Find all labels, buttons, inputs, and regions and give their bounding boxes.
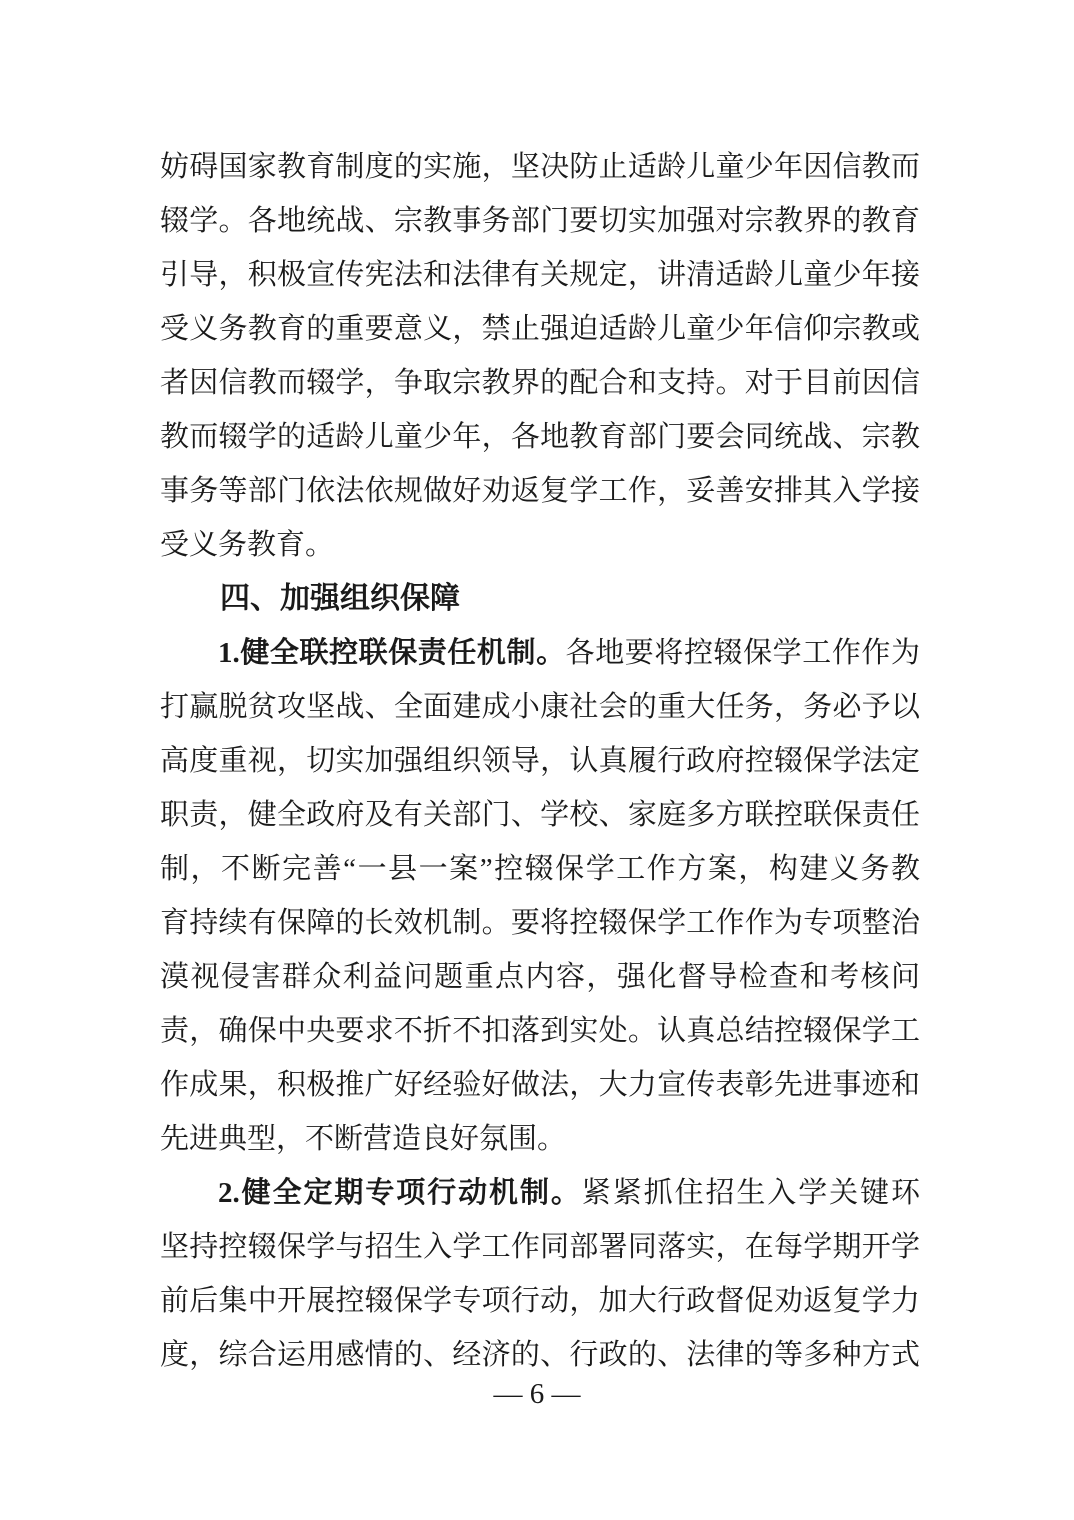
body-line: 坚持控辍保学与招生入学工作同部署同落实，在每学期开学: [160, 1220, 920, 1274]
paragraph-religion: 妨碍国家教育制度的实施，坚决防止适龄儿童少年因信教而 辍学。各地统战、宗教事务部…: [160, 140, 920, 572]
section-heading: 四、加强组织保障: [160, 572, 920, 626]
body-line: 先进典型，不断营造良好氛围。: [160, 1112, 920, 1166]
body-line-first: 1.健全联控联保责任机制。各地要将控辍保学工作作为: [160, 626, 920, 680]
text-block: 妨碍国家教育制度的实施，坚决防止适龄儿童少年因信教而 辍学。各地统战、宗教事务部…: [160, 140, 920, 1382]
body-line: 作成果，积极推广好经验好做法，大力宣传表彰先进事迹和: [160, 1058, 920, 1112]
body-line: 育持续有保障的长效机制。要将控辍保学工作作为专项整治: [160, 896, 920, 950]
body-line: 者因信教而辍学，争取宗教界的配合和支持。对于目前因信: [160, 356, 920, 410]
body-line: 责，确保中央要求不折不扣落到实处。认真总结控辍保学工: [160, 1004, 920, 1058]
paragraph-lead-bold: 1.健全联控联保责任机制。: [218, 637, 566, 669]
page-number-footer: — 6 —: [0, 1374, 1074, 1414]
body-line: 教而辍学的适龄儿童少年，各地教育部门要会同统战、宗教: [160, 410, 920, 464]
body-line: 辍学。各地统战、宗教事务部门要切实加强对宗教界的教育: [160, 194, 920, 248]
body-line: 引导，积极宣传宪法和法律有关规定，讲清适龄儿童少年接: [160, 248, 920, 302]
body-line: 高度重视，切实加强组织领导，认真履行政府控辍保学法定: [160, 734, 920, 788]
body-line-first: 2.健全定期专项行动机制。紧紧抓住招生入学关键环节，: [160, 1166, 920, 1220]
paragraph-mechanism2: 2.健全定期专项行动机制。紧紧抓住招生入学关键环节， 坚持控辍保学与招生入学工作…: [160, 1166, 920, 1382]
body-line: 受义务教育的重要意义，禁止强迫适龄儿童少年信仰宗教或: [160, 302, 920, 356]
body-line: 事务等部门依法依规做好劝返复学工作，妥善安排其入学接: [160, 464, 920, 518]
body-line: 妨碍国家教育制度的实施，坚决防止适龄儿童少年因信教而: [160, 140, 920, 194]
body-line: 制，不断完善“一县一案”控辍保学工作方案，构建义务教: [160, 842, 920, 896]
body-line: 漠视侵害群众利益问题重点内容，强化督导检查和考核问: [160, 950, 920, 1004]
body-line: 打赢脱贫攻坚战、全面建成小康社会的重大任务，务必予以: [160, 680, 920, 734]
body-line: 职责，健全政府及有关部门、学校、家庭多方联控联保责任: [160, 788, 920, 842]
body-line: 前后集中开展控辍保学专项行动，加大行政督促劝返复学力: [160, 1274, 920, 1328]
body-line: 受义务教育。: [160, 518, 920, 572]
paragraph-lead-rest: 各地要将控辍保学工作作为: [566, 637, 920, 669]
paragraph-mechanism1: 1.健全联控联保责任机制。各地要将控辍保学工作作为 打赢脱贫攻坚战、全面建成小康…: [160, 626, 920, 1166]
document-page: 妨碍国家教育制度的实施，坚决防止适龄儿童少年因信教而 辍学。各地统战、宗教事务部…: [0, 0, 1074, 1520]
paragraph-lead-bold: 2.健全定期专项行动机制。: [218, 1177, 582, 1209]
